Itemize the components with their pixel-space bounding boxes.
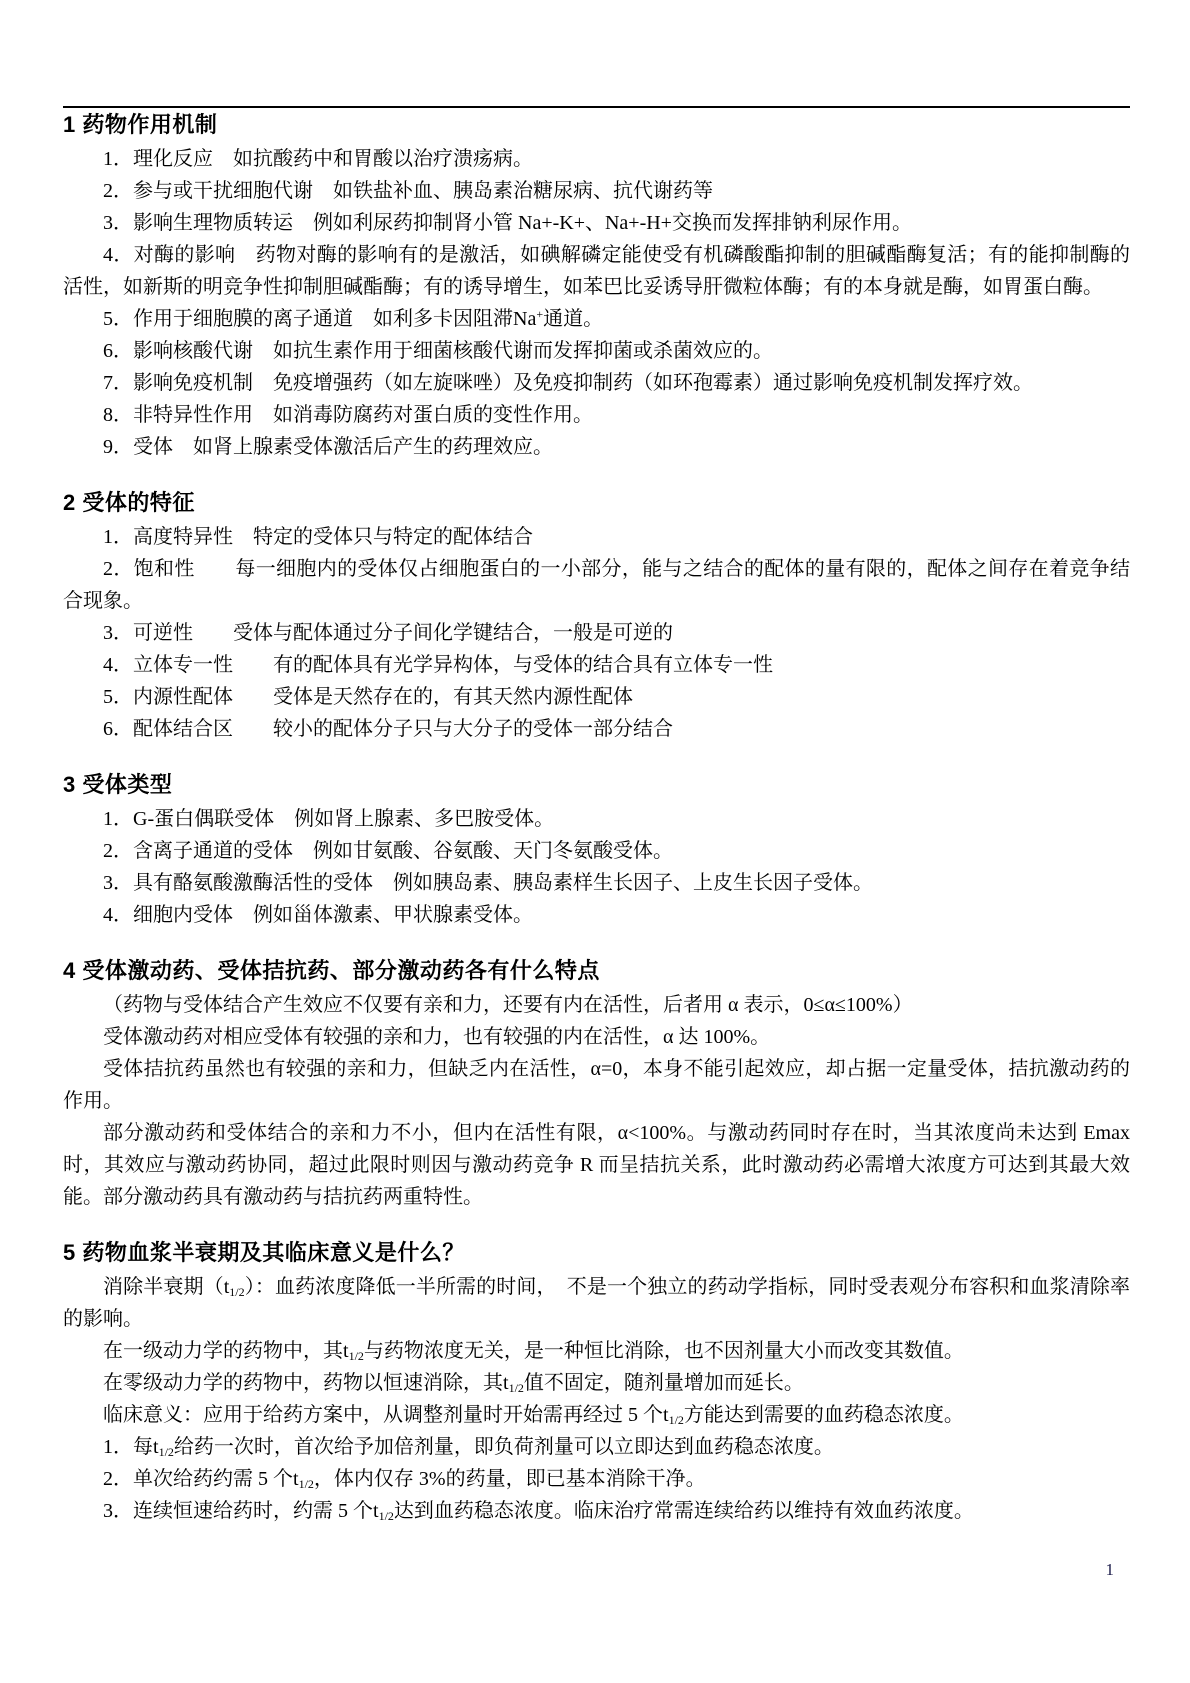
paragraph: 6．配体结合区 较小的配体分子只与大分子的受体一部分结合	[63, 713, 1130, 745]
paragraph: 2．参与或干扰细胞代谢 如铁盐补血、胰岛素治糖尿病、抗代谢药等	[63, 175, 1130, 207]
paragraph: 3．影响生理物质转运 例如利尿药抑制肾小管 Na+-K+、Na+-H+交换而发挥…	[63, 207, 1130, 239]
text-run: 2．单次给药约需 5 个t	[103, 1468, 299, 1490]
subscript-text: 1/2	[509, 1381, 524, 1395]
paragraph: 6．影响核酸代谢 如抗生素作用于细菌核酸代谢而发挥抑菌或杀菌效应的。	[63, 335, 1130, 367]
text-run: 1．G-蛋白偶联受体 例如肾上腺素、多巴胺受体。	[103, 808, 554, 830]
text-run: 在零级动力学的药物中，药物以恒速消除，其t	[103, 1372, 509, 1394]
paragraph: 临床意义：应用于给药方案中，从调整剂量时开始需再经过 5 个t1/2方能达到需要…	[63, 1399, 1130, 1431]
text-run: 在一级动力学的药物中，其t	[103, 1340, 349, 1362]
paragraph: 8．非特异性作用 如消毒防腐药对蛋白质的变性作用。	[63, 399, 1130, 431]
paragraph: 1．理化反应 如抗酸药中和胃酸以治疗溃疡病。	[63, 143, 1130, 175]
paragraph: （药物与受体结合产生效应不仅要有亲和力，还要有内在活性，后者用 α 表示，0≤α…	[63, 989, 1130, 1021]
text-run: 3．影响生理物质转运 例如利尿药抑制肾小管 Na+-K+、Na+-H+交换而发挥…	[103, 212, 912, 234]
paragraph: 1．G-蛋白偶联受体 例如肾上腺素、多巴胺受体。	[63, 803, 1130, 835]
text-run: 给药一次时，首次给予加倍剂量，即负荷剂量可以立即达到血药稳态浓度。	[174, 1436, 834, 1458]
paragraph: 1．每t1/2给药一次时，首次给予加倍剂量，即负荷剂量可以立即达到血药稳态浓度。	[63, 1431, 1130, 1463]
subscript-text: 1/2	[299, 1477, 314, 1491]
paragraph: 受体拮抗药虽然也有较强的亲和力，但缺乏内在活性，α=0，本身不能引起效应，却占据…	[63, 1053, 1130, 1117]
subscript-text: 1/2	[669, 1413, 684, 1427]
text-run: 受体激动药对相应受体有较强的亲和力，也有较强的内在活性，α 达 100%。	[103, 1026, 770, 1048]
text-run: 3．可逆性 受体与配体通过分子间化学键结合，一般是可逆的	[103, 622, 673, 644]
text-run: 2．参与或干扰细胞代谢 如铁盐补血、胰岛素治糖尿病、抗代谢药等	[103, 180, 713, 202]
text-run: 受体拮抗药虽然也有较强的亲和力，但缺乏内在活性，α=0，本身不能引起效应，却占据…	[63, 1058, 1130, 1112]
text-run: 2．含离子通道的受体 例如甘氨酸、谷氨酸、天门冬氨酸受体。	[103, 840, 673, 862]
paragraph: 4．立体专一性 有的配体具有光学异构体，与受体的结合具有立体专一性	[63, 649, 1130, 681]
section-heading: 5 药物血浆半衰期及其临床意义是什么？	[63, 1240, 1130, 1266]
text-run: 1．每t	[103, 1436, 159, 1458]
text-run: 1．高度特异性 特定的受体只与特定的配体结合	[103, 526, 533, 548]
text-run: 消除半衰期（t	[103, 1276, 229, 1298]
text-run: ，体内仅存 3%的药量，即已基本消除干净。	[314, 1468, 706, 1490]
paragraph: 受体激动药对相应受体有较强的亲和力，也有较强的内在活性，α 达 100%。	[63, 1021, 1130, 1053]
text-run: 6．配体结合区 较小的配体分子只与大分子的受体一部分结合	[103, 718, 673, 740]
paragraph: 2．饱和性 每一细胞内的受体仅占细胞蛋白的一小部分，能与之结合的配体的量有限的，…	[63, 553, 1130, 617]
document-sections: 1 药物作用机制1．理化反应 如抗酸药中和胃酸以治疗溃疡病。2．参与或干扰细胞代…	[63, 112, 1130, 1527]
text-run: 4．细胞内受体 例如甾体激素、甲状腺素受体。	[103, 904, 533, 926]
text-run: 1．理化反应 如抗酸药中和胃酸以治疗溃疡病。	[103, 148, 533, 170]
text-run: 8．非特异性作用 如消毒防腐药对蛋白质的变性作用。	[103, 404, 593, 426]
text-run: 4．立体专一性 有的配体具有光学异构体，与受体的结合具有立体专一性	[103, 654, 773, 676]
text-run: 5．作用于细胞膜的离子通道 如利多卡因阻滞Na	[103, 308, 536, 330]
paragraph: 在一级动力学的药物中，其t1/2与药物浓度无关，是一种恒比消除，也不因剂量大小而…	[63, 1335, 1130, 1367]
subscript-text: 1/2	[379, 1509, 394, 1523]
text-run: 6．影响核酸代谢 如抗生素作用于细菌核酸代谢而发挥抑菌或杀菌效应的。	[103, 340, 773, 362]
subscript-text: 1/2	[159, 1445, 174, 1459]
paragraph: 在零级动力学的药物中，药物以恒速消除，其t1/2值不固定，随剂量增加而延长。	[63, 1367, 1130, 1399]
paragraph: 1．高度特异性 特定的受体只与特定的配体结合	[63, 521, 1130, 553]
paragraph: 3．可逆性 受体与配体通过分子间化学键结合，一般是可逆的	[63, 617, 1130, 649]
text-run: 5．内源性配体 受体是天然存在的，有其天然内源性配体	[103, 686, 633, 708]
subscript-text: 1/2	[229, 1285, 244, 1299]
text-run: 2．饱和性 每一细胞内的受体仅占细胞蛋白的一小部分，能与之结合的配体的量有限的，…	[63, 558, 1130, 612]
paragraph: 3．具有酪氨酸激酶活性的受体 例如胰岛素、胰岛素样生长因子、上皮生长因子受体。	[63, 867, 1130, 899]
paragraph: 4．细胞内受体 例如甾体激素、甲状腺素受体。	[63, 899, 1130, 931]
paragraph: 部分激动药和受体结合的亲和力不小，但内在活性有限，α<100%。与激动药同时存在…	[63, 1117, 1130, 1213]
text-run: 临床意义：应用于给药方案中，从调整剂量时开始需再经过 5 个t	[103, 1404, 669, 1426]
paragraph: 5．作用于细胞膜的离子通道 如利多卡因阻滞Na+通道。	[63, 303, 1130, 335]
text-run: 部分激动药和受体结合的亲和力不小，但内在活性有限，α<100%。与激动药同时存在…	[63, 1122, 1130, 1208]
text-run: 值不固定，随剂量增加而延长。	[524, 1372, 804, 1394]
paragraph: 7．影响免疫机制 免疫增强药（如左旋咪唑）及免疫抑制药（如环孢霉素）通过影响免疫…	[63, 367, 1130, 399]
section-heading: 3 受体类型	[63, 772, 1130, 798]
paragraph: 2．含离子通道的受体 例如甘氨酸、谷氨酸、天门冬氨酸受体。	[63, 835, 1130, 867]
section-heading: 2 受体的特征	[63, 490, 1130, 516]
document-content: 1 药物作用机制1．理化反应 如抗酸药中和胃酸以治疗溃疡病。2．参与或干扰细胞代…	[63, 106, 1130, 1527]
text-run: 达到血药稳态浓度。临床治疗常需连续给药以维持有效血药浓度。	[394, 1500, 974, 1522]
header-rule	[63, 106, 1130, 108]
subscript-text: 1/2	[349, 1349, 364, 1363]
text-run: 通道。	[543, 308, 603, 330]
text-run: 3．具有酪氨酸激酶活性的受体 例如胰岛素、胰岛素样生长因子、上皮生长因子受体。	[103, 872, 873, 894]
paragraph: 2．单次给药约需 5 个t1/2，体内仅存 3%的药量，即已基本消除干净。	[63, 1463, 1130, 1495]
section-heading: 1 药物作用机制	[63, 112, 1130, 138]
page-number: 1	[1106, 1560, 1115, 1580]
text-run: 方能达到需要的血药稳态浓度。	[684, 1404, 964, 1426]
text-run: （药物与受体结合产生效应不仅要有亲和力，还要有内在活性，后者用 α 表示，0≤α…	[103, 994, 913, 1016]
text-run: 与药物浓度无关，是一种恒比消除，也不因剂量大小而改变其数值。	[364, 1340, 964, 1362]
paragraph: 5．内源性配体 受体是天然存在的，有其天然内源性配体	[63, 681, 1130, 713]
text-run: 4．对酶的影响 药物对酶的影响有的是激活，如碘解磷定能使受有机磷酸酯抑制的胆碱酯…	[63, 244, 1130, 298]
document-page: 1 药物作用机制1．理化反应 如抗酸药中和胃酸以治疗溃疡病。2．参与或干扰细胞代…	[0, 0, 1190, 1683]
paragraph: 3．连续恒速给药时，约需 5 个t1/2达到血药稳态浓度。临床治疗常需连续给药以…	[63, 1495, 1130, 1527]
paragraph: 4．对酶的影响 药物对酶的影响有的是激活，如碘解磷定能使受有机磷酸酯抑制的胆碱酯…	[63, 239, 1130, 303]
text-run: 3．连续恒速给药时，约需 5 个t	[103, 1500, 379, 1522]
text-run: 7．影响免疫机制 免疫增强药（如左旋咪唑）及免疫抑制药（如环孢霉素）通过影响免疫…	[103, 372, 1033, 394]
paragraph: 消除半衰期（t1/2）：血药浓度降低一半所需的时间， 不是一个独立的药动学指标，…	[63, 1271, 1130, 1335]
text-run: 9．受体 如肾上腺素受体激活后产生的药理效应。	[103, 436, 553, 458]
section-heading: 4 受体激动药、受体拮抗药、部分激动药各有什么特点	[63, 958, 1130, 984]
paragraph: 9．受体 如肾上腺素受体激活后产生的药理效应。	[63, 431, 1130, 463]
